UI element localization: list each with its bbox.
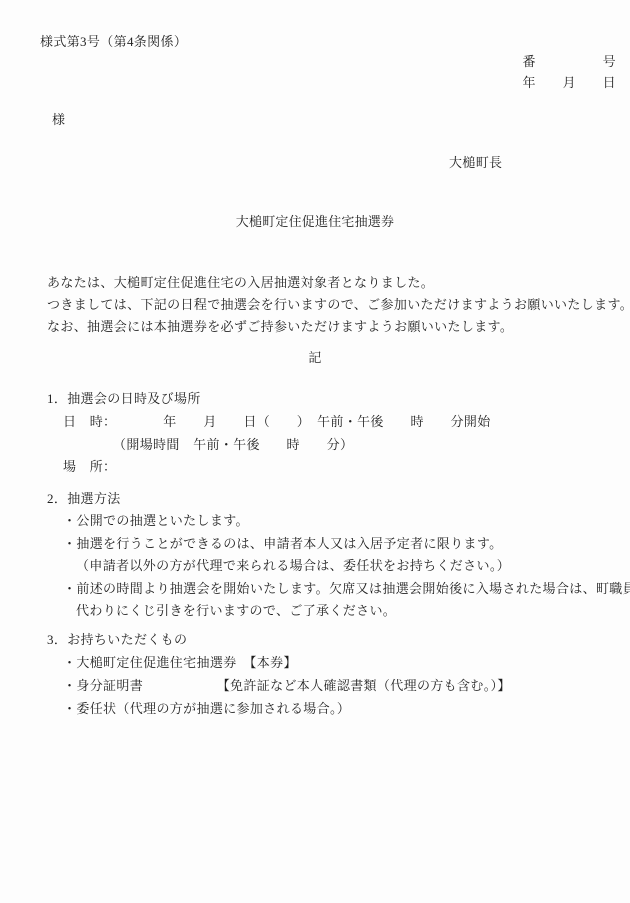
document-page: 様式第3号（第4条関係） 番 号 年 月 日 様 大槌町長 大槌町定住促進住宅抽… xyxy=(0,0,630,903)
section-3-item-1: ・大槌町定住促進住宅抽選券 【本券】 xyxy=(63,654,297,671)
section-2-bullet-3: ・前述の時間より抽選会を開始いたします。欠席又は抽選会開始後に入場された場合は、… xyxy=(63,580,630,597)
section-3-item-2: ・身分証明書 【免許証など本人確認書類（代理の方も含む。）】 xyxy=(63,677,511,694)
addressee-honorific: 様 xyxy=(52,111,65,128)
form-number: 様式第3号（第4条関係） xyxy=(40,33,187,50)
intro-line-2: つきましては、下記の日程で抽選会を行いますので、ご参加いただけますようお願いいた… xyxy=(47,296,630,313)
doc-number-line: 番 号 xyxy=(523,53,616,70)
section-1-heading: 1．抽選会の日時及び場所 xyxy=(47,390,201,407)
section-2-bullet-1: ・公開での抽選といたします。 xyxy=(63,512,249,529)
intro-line-1: あなたは、大槌町定住促進住宅の入居抽選対象者となりました。 xyxy=(47,274,434,291)
sender-title: 大槌町長 xyxy=(449,154,502,171)
record-marker: 記 xyxy=(0,349,630,366)
section-1-place-line: 場 所： xyxy=(63,458,116,475)
section-2-bullet-2: ・抽選を行うことができるのは、申請者本人又は入居予定者に限ります。 xyxy=(63,535,503,552)
section-3-item-3: ・委任状（代理の方が抽選に参加される場合。） xyxy=(63,700,350,717)
section-1-doors-open-line: （開場時間 午前・午後 時 分） xyxy=(113,436,353,453)
intro-line-3: なお、抽選会には本抽選券を必ずご持参いただけますようお願いいたします。 xyxy=(47,318,513,335)
section-2-bullet-2-note: （申請者以外の方が代理で来られる場合は、委任状をお持ちください。） xyxy=(76,557,510,574)
section-1-datetime-line: 日 時： 年 月 日（ ） 午前・午後 時 分開始 xyxy=(63,413,491,430)
document-title: 大槌町定住促進住宅抽選券 xyxy=(0,213,630,230)
doc-date-line: 年 月 日 xyxy=(523,74,616,91)
section-3-heading: 3．お持ちいただくもの xyxy=(47,631,187,648)
section-2-heading: 2．抽選方法 xyxy=(47,490,121,507)
section-2-bullet-3-continued: 代わりにくじ引きを行いますので、ご了承ください。 xyxy=(76,602,396,619)
